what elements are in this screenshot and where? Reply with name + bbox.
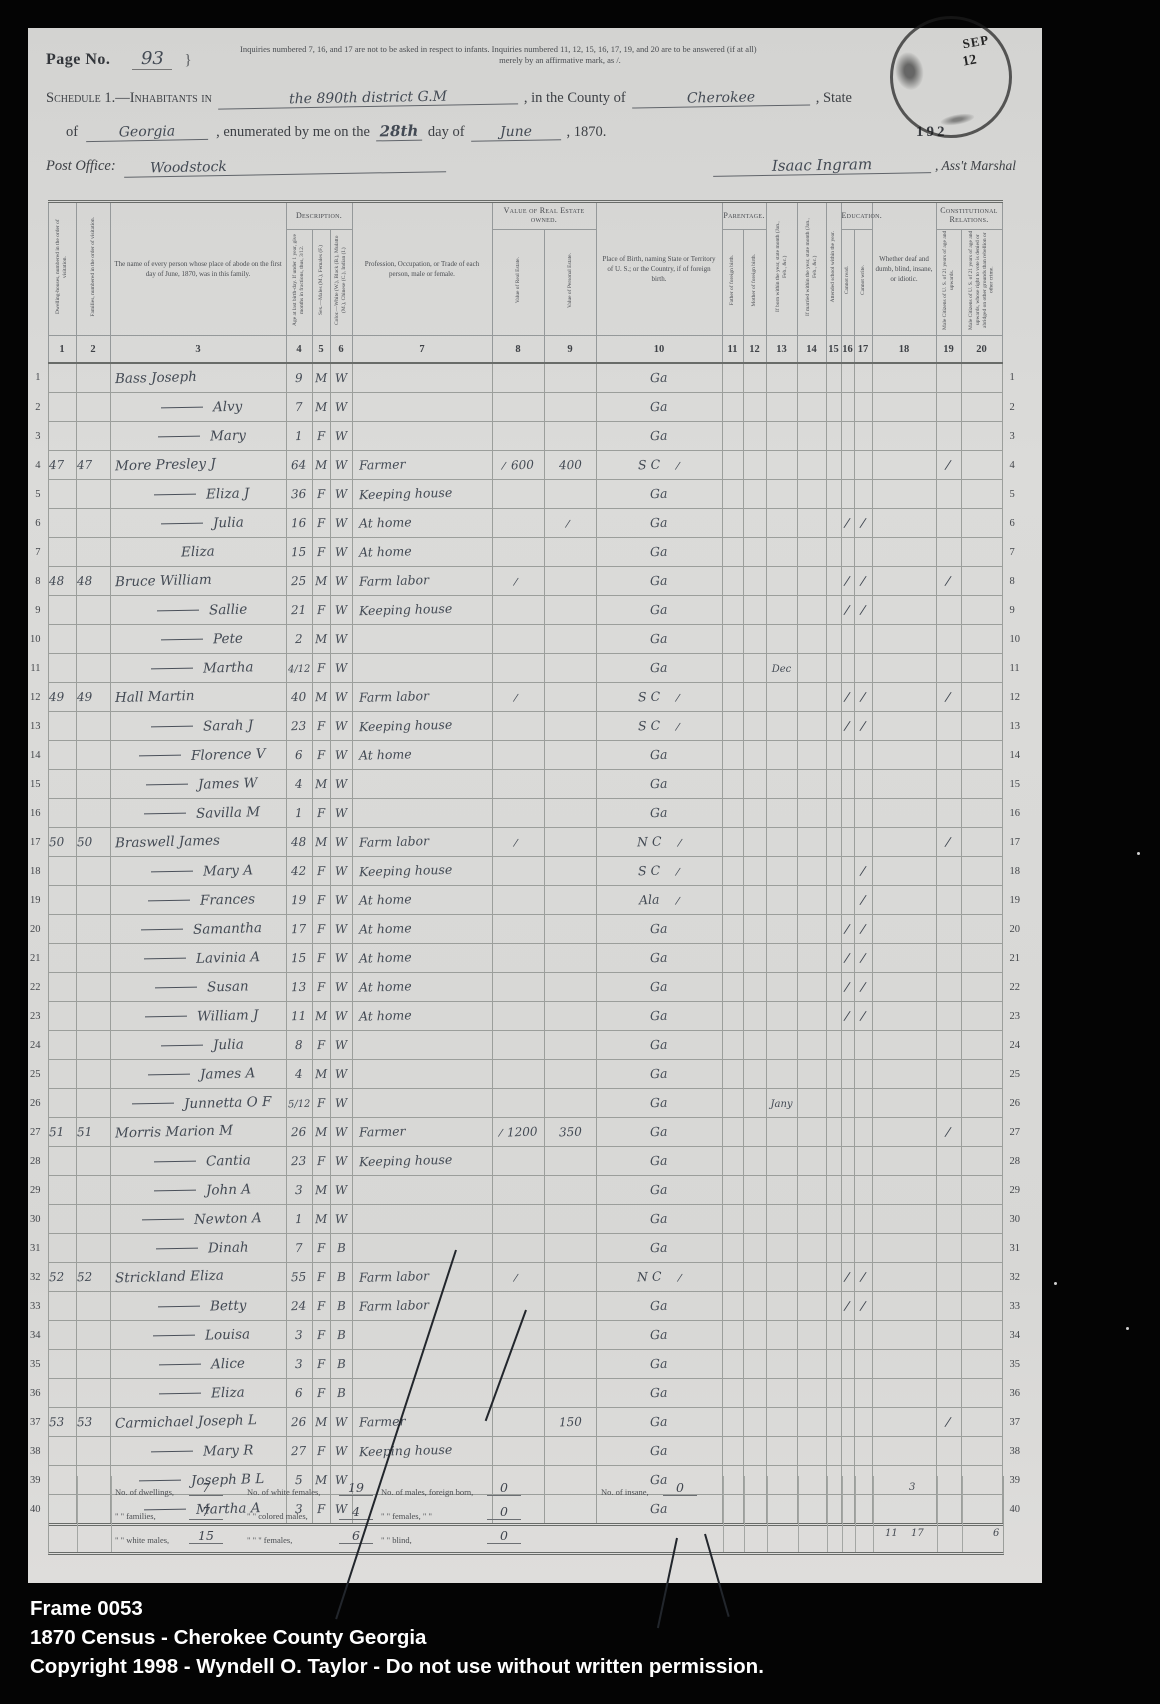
family-number: 49 [76, 690, 92, 705]
cell-personal-estate [544, 1176, 596, 1205]
cell-birth-month [766, 1263, 797, 1292]
cell-marriage-month [797, 1263, 826, 1292]
cell-mother-foreign [743, 422, 766, 451]
cell-sex: F [312, 886, 330, 915]
personal-estate-value: 150 [558, 1415, 581, 1430]
cell-sex: F [312, 1147, 330, 1176]
column-header-text: Cannot read. [844, 266, 851, 294]
row-number-right: 25 [1002, 1060, 1042, 1089]
cell-name: Bruce William [110, 567, 286, 596]
cell-father-foreign [722, 857, 743, 886]
tally-line-1: No. of dwellings, 7 No. of white females… [49, 1480, 1003, 1504]
cell-disability [872, 654, 936, 683]
affirmative-mark: / [946, 689, 952, 704]
census-row: 325252Strickland Eliza55FBFarm labor/N C… [28, 1263, 1042, 1292]
birthplace-value: Ga [650, 747, 668, 763]
birthplace-value: Ga [650, 399, 668, 415]
birthplace-value: Ga [650, 776, 668, 792]
column-header-text: Color.—White (W.), Black (B.), Mulatto (… [334, 230, 348, 330]
cell-mother-foreign [743, 451, 766, 480]
cell-occupation: Keeping house [352, 857, 492, 886]
cell-marriage-month [797, 712, 826, 741]
cell-father-foreign [722, 1292, 743, 1321]
cell-cannot-write [854, 799, 872, 828]
cell-cannot-write [854, 1350, 872, 1379]
cell-father-foreign [722, 654, 743, 683]
column-group-parentage: Parentage. [722, 202, 766, 230]
cell-age: 7 [286, 393, 312, 422]
person-name: Alvy [213, 399, 243, 416]
birthplace-value: Ga [650, 1095, 668, 1111]
cell-age: 11 [286, 1002, 312, 1031]
schedule-line-2: of Georgia , enumerated by me on the 28t… [66, 122, 1016, 141]
sex-value: M [315, 574, 328, 588]
cell-name: Bass Joseph [110, 363, 286, 393]
cell-real-estate [492, 393, 544, 422]
cell-sex: F [312, 1437, 330, 1466]
age-value: 8 [295, 1038, 303, 1052]
census-row: 44747More Presley J64MWFarmer/600400S C/… [28, 451, 1042, 480]
cell-cannot-read: / [841, 596, 854, 625]
cell-age: 4/12 [286, 654, 312, 683]
cell-occupation [352, 363, 492, 393]
family-number: 47 [76, 458, 92, 473]
cell-dwelling [48, 799, 76, 828]
ditto-dash [151, 726, 193, 728]
cell-dwelling [48, 1089, 76, 1118]
cell-disability [872, 1147, 936, 1176]
dwelling-number: 48 [48, 574, 64, 589]
cell-family [76, 596, 110, 625]
cell-color: B [330, 1350, 352, 1379]
cell-father-foreign [722, 422, 743, 451]
cell-vote-denied [961, 1205, 1002, 1234]
cell-vote-denied [961, 451, 1002, 480]
cell-real-estate [492, 770, 544, 799]
cell-vote-denied [961, 625, 1002, 654]
cell-personal-estate [544, 1437, 596, 1466]
row-number-right: 8 [1002, 567, 1042, 596]
cell-attended-school [826, 741, 841, 770]
cell-age: 1 [286, 799, 312, 828]
census-row: 1Bass Joseph9MWGa1 [28, 363, 1042, 393]
occupation-value: Keeping house [358, 1442, 452, 1459]
cell-disability [872, 741, 936, 770]
cell-dwelling [48, 1350, 76, 1379]
cell-family [76, 422, 110, 451]
cell-male-citizen [936, 857, 961, 886]
color-value: W [335, 1038, 348, 1052]
row-number-left: 3 [28, 422, 48, 451]
cell-male-citizen [936, 1060, 961, 1089]
cell-birth-month [766, 1060, 797, 1089]
cell-cannot-read [841, 654, 854, 683]
age-value: 1 [295, 806, 303, 820]
cell-family [76, 915, 110, 944]
cell-cannot-write [854, 1147, 872, 1176]
cell-color: W [330, 1147, 352, 1176]
cell-personal-estate [544, 944, 596, 973]
cell-occupation: At home [352, 509, 492, 538]
cell-family [76, 1437, 110, 1466]
ditto-dash [154, 494, 196, 496]
cell-family [76, 1089, 110, 1118]
cell-marriage-month [797, 886, 826, 915]
cell-personal-estate [544, 886, 596, 915]
color-value: W [335, 922, 348, 936]
dwelling-number: 50 [48, 835, 64, 850]
column-header-text: Whether deaf and dumb, blind, insane, or… [873, 252, 936, 286]
column-header-text: Place of Birth, naming State or Territor… [597, 252, 722, 286]
age-value: 2 [295, 632, 303, 646]
cell-family [76, 1002, 110, 1031]
cell-birthplace: Ga [596, 1118, 722, 1147]
cell-occupation: Keeping house [352, 712, 492, 741]
ditto-dash [148, 900, 190, 902]
cell-occupation [352, 799, 492, 828]
cell-mother-foreign [743, 567, 766, 596]
cell-attended-school [826, 1002, 841, 1031]
cell-mother-foreign [743, 741, 766, 770]
cell-real-estate [492, 654, 544, 683]
census-row: 31Dinah7FBGa31 [28, 1234, 1042, 1263]
day-value: 28th [376, 122, 422, 142]
column-header-14: If married within the year, state month … [797, 202, 826, 336]
cell-disability [872, 886, 936, 915]
cell-sex: F [312, 1321, 330, 1350]
row-number-left: 6 [28, 509, 48, 538]
cell-sex: F [312, 596, 330, 625]
row-number-right: 21 [1002, 944, 1042, 973]
cell-birthplace: Ga [596, 480, 722, 509]
cell-attended-school [826, 828, 841, 857]
person-name: Bruce William [114, 572, 211, 591]
cell-real-estate [492, 944, 544, 973]
birthplace-value: Ga [650, 1211, 668, 1227]
cell-mother-foreign [743, 828, 766, 857]
row-number-right: 17 [1002, 828, 1042, 857]
cell-dwelling: 48 [48, 567, 76, 596]
cell-name: Newton A [110, 1205, 286, 1234]
column-header-text: Value of Personal Estate. [567, 253, 574, 308]
cell-occupation: Farm labor [352, 567, 492, 596]
cell-birthplace: Ga [596, 1437, 722, 1466]
tally-dwellings-value: 7 [189, 1480, 223, 1496]
row-number-left: 14 [28, 741, 48, 770]
cell-dwelling: 49 [48, 683, 76, 712]
cell-birthplace: Ga [596, 1176, 722, 1205]
tally-colored-females-value: 6 [339, 1528, 373, 1544]
cell-real-estate [492, 1089, 544, 1118]
cell-attended-school [826, 1350, 841, 1379]
ditto-dash [158, 1306, 200, 1308]
birthplace-value: Ga [650, 631, 668, 647]
cell-father-foreign [722, 625, 743, 654]
cell-age: 3 [286, 1176, 312, 1205]
cell-sex: F [312, 509, 330, 538]
cell-vote-denied [961, 886, 1002, 915]
cell-birthplace: Ga [596, 1205, 722, 1234]
person-name: John A [205, 1181, 250, 1198]
cell-family [76, 712, 110, 741]
cell-mother-foreign [743, 1350, 766, 1379]
cell-marriage-month [797, 1408, 826, 1437]
cell-age: 26 [286, 1408, 312, 1437]
cell-family: 49 [76, 683, 110, 712]
cell-sex: M [312, 451, 330, 480]
ditto-dash [158, 436, 200, 438]
cell-sex: F [312, 1089, 330, 1118]
cell-vote-denied [961, 1408, 1002, 1437]
cell-marriage-month [797, 509, 826, 538]
cell-disability [872, 1031, 936, 1060]
cell-family: 53 [76, 1408, 110, 1437]
cell-name: Louisa [110, 1321, 286, 1350]
age-value: 24 [291, 1299, 307, 1314]
cell-attended-school [826, 567, 841, 596]
tally-white-males-value: 15 [189, 1528, 223, 1544]
birthplace-value: Ala [639, 892, 660, 908]
age-value: 15 [291, 951, 307, 966]
row-number-right: 38 [1002, 1437, 1042, 1466]
cell-color: W [330, 770, 352, 799]
row-number-left: 33 [28, 1292, 48, 1321]
page-number-line: Page No. 93 } [46, 48, 192, 70]
color-value: B [336, 1386, 345, 1400]
person-name: Carmichael Joseph L [114, 1412, 256, 1432]
ditto-dash [155, 987, 197, 989]
cell-sex: M [312, 567, 330, 596]
color-value: W [335, 371, 348, 385]
person-name: Hall Martin [114, 688, 194, 706]
birth-month-value: Jany [770, 1099, 792, 1110]
cell-vote-denied [961, 741, 1002, 770]
row-number-left: 13 [28, 712, 48, 741]
cell-attended-school [826, 393, 841, 422]
tally-males-foreign-value: 0 [487, 1480, 521, 1496]
cell-color: W [330, 712, 352, 741]
post-office-label: Post Office: [46, 158, 116, 175]
affirmative-mark: / [845, 1008, 851, 1023]
cell-dwelling [48, 741, 76, 770]
cell-attended-school [826, 1089, 841, 1118]
cell-personal-estate [544, 857, 596, 886]
cell-real-estate [492, 741, 544, 770]
column-header-6: Color.—White (W.), Black (B.), Mulatto (… [330, 230, 352, 336]
cell-real-estate: / [492, 567, 544, 596]
person-name: Pete [213, 631, 243, 648]
column-number-5: 5 [312, 336, 330, 364]
cell-male-citizen: / [936, 1118, 961, 1147]
cell-dwelling [48, 654, 76, 683]
schedule-line-1: Schedule 1.—Inhabitants in the 890th dis… [46, 90, 1016, 107]
column-number-12: 12 [743, 336, 766, 364]
color-value: W [335, 951, 348, 965]
cell-birthplace: Ga [596, 393, 722, 422]
cell-dwelling [48, 538, 76, 567]
census-row: 14Florence V6FWAt homeGa14 [28, 741, 1042, 770]
cell-attended-school [826, 1031, 841, 1060]
cell-age: 48 [286, 828, 312, 857]
row-number-right: 12 [1002, 683, 1042, 712]
affirmative-mark: / [502, 461, 507, 472]
cell-family [76, 770, 110, 799]
cell-real-estate [492, 1321, 544, 1350]
cell-birth-month [766, 1437, 797, 1466]
census-row: 6Julia16FWAt home/Ga//6 [28, 509, 1042, 538]
column-header-text: Value of Real Estate. [515, 257, 522, 303]
column-header-11: Father of foreign birth. [722, 230, 743, 336]
cell-cannot-read: / [841, 944, 854, 973]
cell-color: W [330, 1408, 352, 1437]
cell-male-citizen [936, 770, 961, 799]
cell-cannot-write: / [854, 915, 872, 944]
person-name: William J [197, 1007, 259, 1025]
age-value: 23 [291, 1154, 307, 1169]
color-value: W [335, 429, 348, 443]
cell-father-foreign [722, 741, 743, 770]
column-header-text: Dwelling-houses, numbered in the order o… [55, 217, 69, 317]
row-number-left: 22 [28, 973, 48, 1002]
cell-attended-school [826, 712, 841, 741]
census-row: 84848Bruce William25MWFarm labor/Ga///8 [28, 567, 1042, 596]
affirmative-mark: / [860, 718, 866, 733]
cell-name: Julia [110, 509, 286, 538]
row-number-left: 37 [28, 1408, 48, 1437]
cell-disability [872, 1408, 936, 1437]
tally-families-value: 7 [189, 1504, 223, 1520]
cell-mother-foreign [743, 683, 766, 712]
cell-color: W [330, 857, 352, 886]
cell-sex: M [312, 828, 330, 857]
row-number-left: 32 [28, 1263, 48, 1292]
cell-cannot-write [854, 480, 872, 509]
cell-birthplace: Ga [596, 973, 722, 1002]
sex-value: F [317, 1357, 326, 1371]
sex-value: M [315, 632, 328, 646]
cell-family [76, 480, 110, 509]
cell-marriage-month [797, 683, 826, 712]
cell-name: More Presley J [110, 451, 286, 480]
person-name: More Presley J [114, 456, 215, 475]
birthplace-value: Ga [650, 921, 668, 937]
ditto-dash [156, 1248, 198, 1250]
ditto-dash [144, 813, 186, 815]
color-value: W [335, 777, 348, 791]
cell-sex: M [312, 393, 330, 422]
cell-dwelling [48, 509, 76, 538]
column-group-description: Description. [286, 202, 352, 230]
cell-occupation: At home [352, 1002, 492, 1031]
cell-real-estate [492, 1234, 544, 1263]
cell-name: Savilla M [110, 799, 286, 828]
row-number-left: 2 [28, 393, 48, 422]
row-number-left: 20 [28, 915, 48, 944]
ditto-dash [153, 1335, 195, 1337]
cell-attended-school [826, 1147, 841, 1176]
occupation-value: At home [358, 514, 411, 530]
personal-estate-value: 400 [558, 458, 581, 473]
column-number-15: 15 [826, 336, 841, 364]
cell-name: Julia [110, 1031, 286, 1060]
cell-marriage-month [797, 451, 826, 480]
column-header-text: If married within the year, state month … [805, 217, 819, 317]
column-header-18: Whether deaf and dumb, blind, insane, or… [872, 202, 936, 336]
affirmative-mark: / [845, 602, 851, 617]
cell-name: Eliza J [110, 480, 286, 509]
cell-cannot-write [854, 1089, 872, 1118]
cell-father-foreign [722, 1031, 743, 1060]
birth-month-value: Dec [772, 664, 792, 675]
cell-attended-school [826, 683, 841, 712]
census-table: Dwelling-houses, numbered in the order o… [28, 200, 1042, 1526]
cell-sex: M [312, 683, 330, 712]
cell-birth-month [766, 915, 797, 944]
cell-attended-school [826, 422, 841, 451]
affirmative-mark: / [677, 838, 682, 849]
birthplace-value: Ga [650, 573, 668, 589]
header-group-row: Dwelling-houses, numbered in the order o… [28, 202, 1042, 230]
cell-birthplace: Ga [596, 915, 722, 944]
affirmative-mark: / [946, 834, 952, 849]
sex-value: M [315, 458, 328, 472]
post-office-value: Woodstock [124, 155, 446, 178]
cell-color: B [330, 1292, 352, 1321]
cell-father-foreign [722, 770, 743, 799]
cell-father-foreign [722, 944, 743, 973]
cell-male-citizen: / [936, 451, 961, 480]
cell-father-foreign [722, 1089, 743, 1118]
cell-male-citizen [936, 1176, 961, 1205]
cell-attended-school [826, 1060, 841, 1089]
tally-ink-mark: 11 [885, 1528, 898, 1539]
cell-color: W [330, 1176, 352, 1205]
cell-color: W [330, 1002, 352, 1031]
cell-personal-estate [544, 625, 596, 654]
cell-male-citizen [936, 1263, 961, 1292]
row-number-gutter [28, 202, 48, 364]
affirmative-mark: / [845, 979, 851, 994]
cell-age: 42 [286, 857, 312, 886]
cell-male-citizen [936, 625, 961, 654]
cell-color: W [330, 1437, 352, 1466]
affirmative-mark: / [860, 1008, 866, 1023]
instructions-line1: Inquiries numbered 7, 16, and 17 are not… [240, 44, 880, 55]
cell-male-citizen: / [936, 828, 961, 857]
column-number-3: 3 [110, 336, 286, 364]
cell-occupation: At home [352, 973, 492, 1002]
row-number-right: 33 [1002, 1292, 1042, 1321]
ditto-dash [159, 1364, 201, 1366]
cell-personal-estate: 150 [544, 1408, 596, 1437]
cell-color: W [330, 625, 352, 654]
tally-line-2: " " families, 7 " " colored males, 4 " "… [49, 1504, 1003, 1528]
cell-disability [872, 393, 936, 422]
cell-marriage-month [797, 741, 826, 770]
age-value: 21 [291, 603, 307, 618]
cell-male-citizen [936, 1234, 961, 1263]
cell-occupation [352, 625, 492, 654]
cell-age: 6 [286, 1379, 312, 1408]
row-number-left: 4 [28, 451, 48, 480]
state-value: Georgia [86, 123, 208, 142]
row-number-right: 20 [1002, 915, 1042, 944]
cell-disability [872, 625, 936, 654]
person-name: Lavinia A [196, 949, 260, 967]
ditto-dash [141, 929, 183, 931]
cell-real-estate [492, 596, 544, 625]
column-number-2: 2 [76, 336, 110, 364]
